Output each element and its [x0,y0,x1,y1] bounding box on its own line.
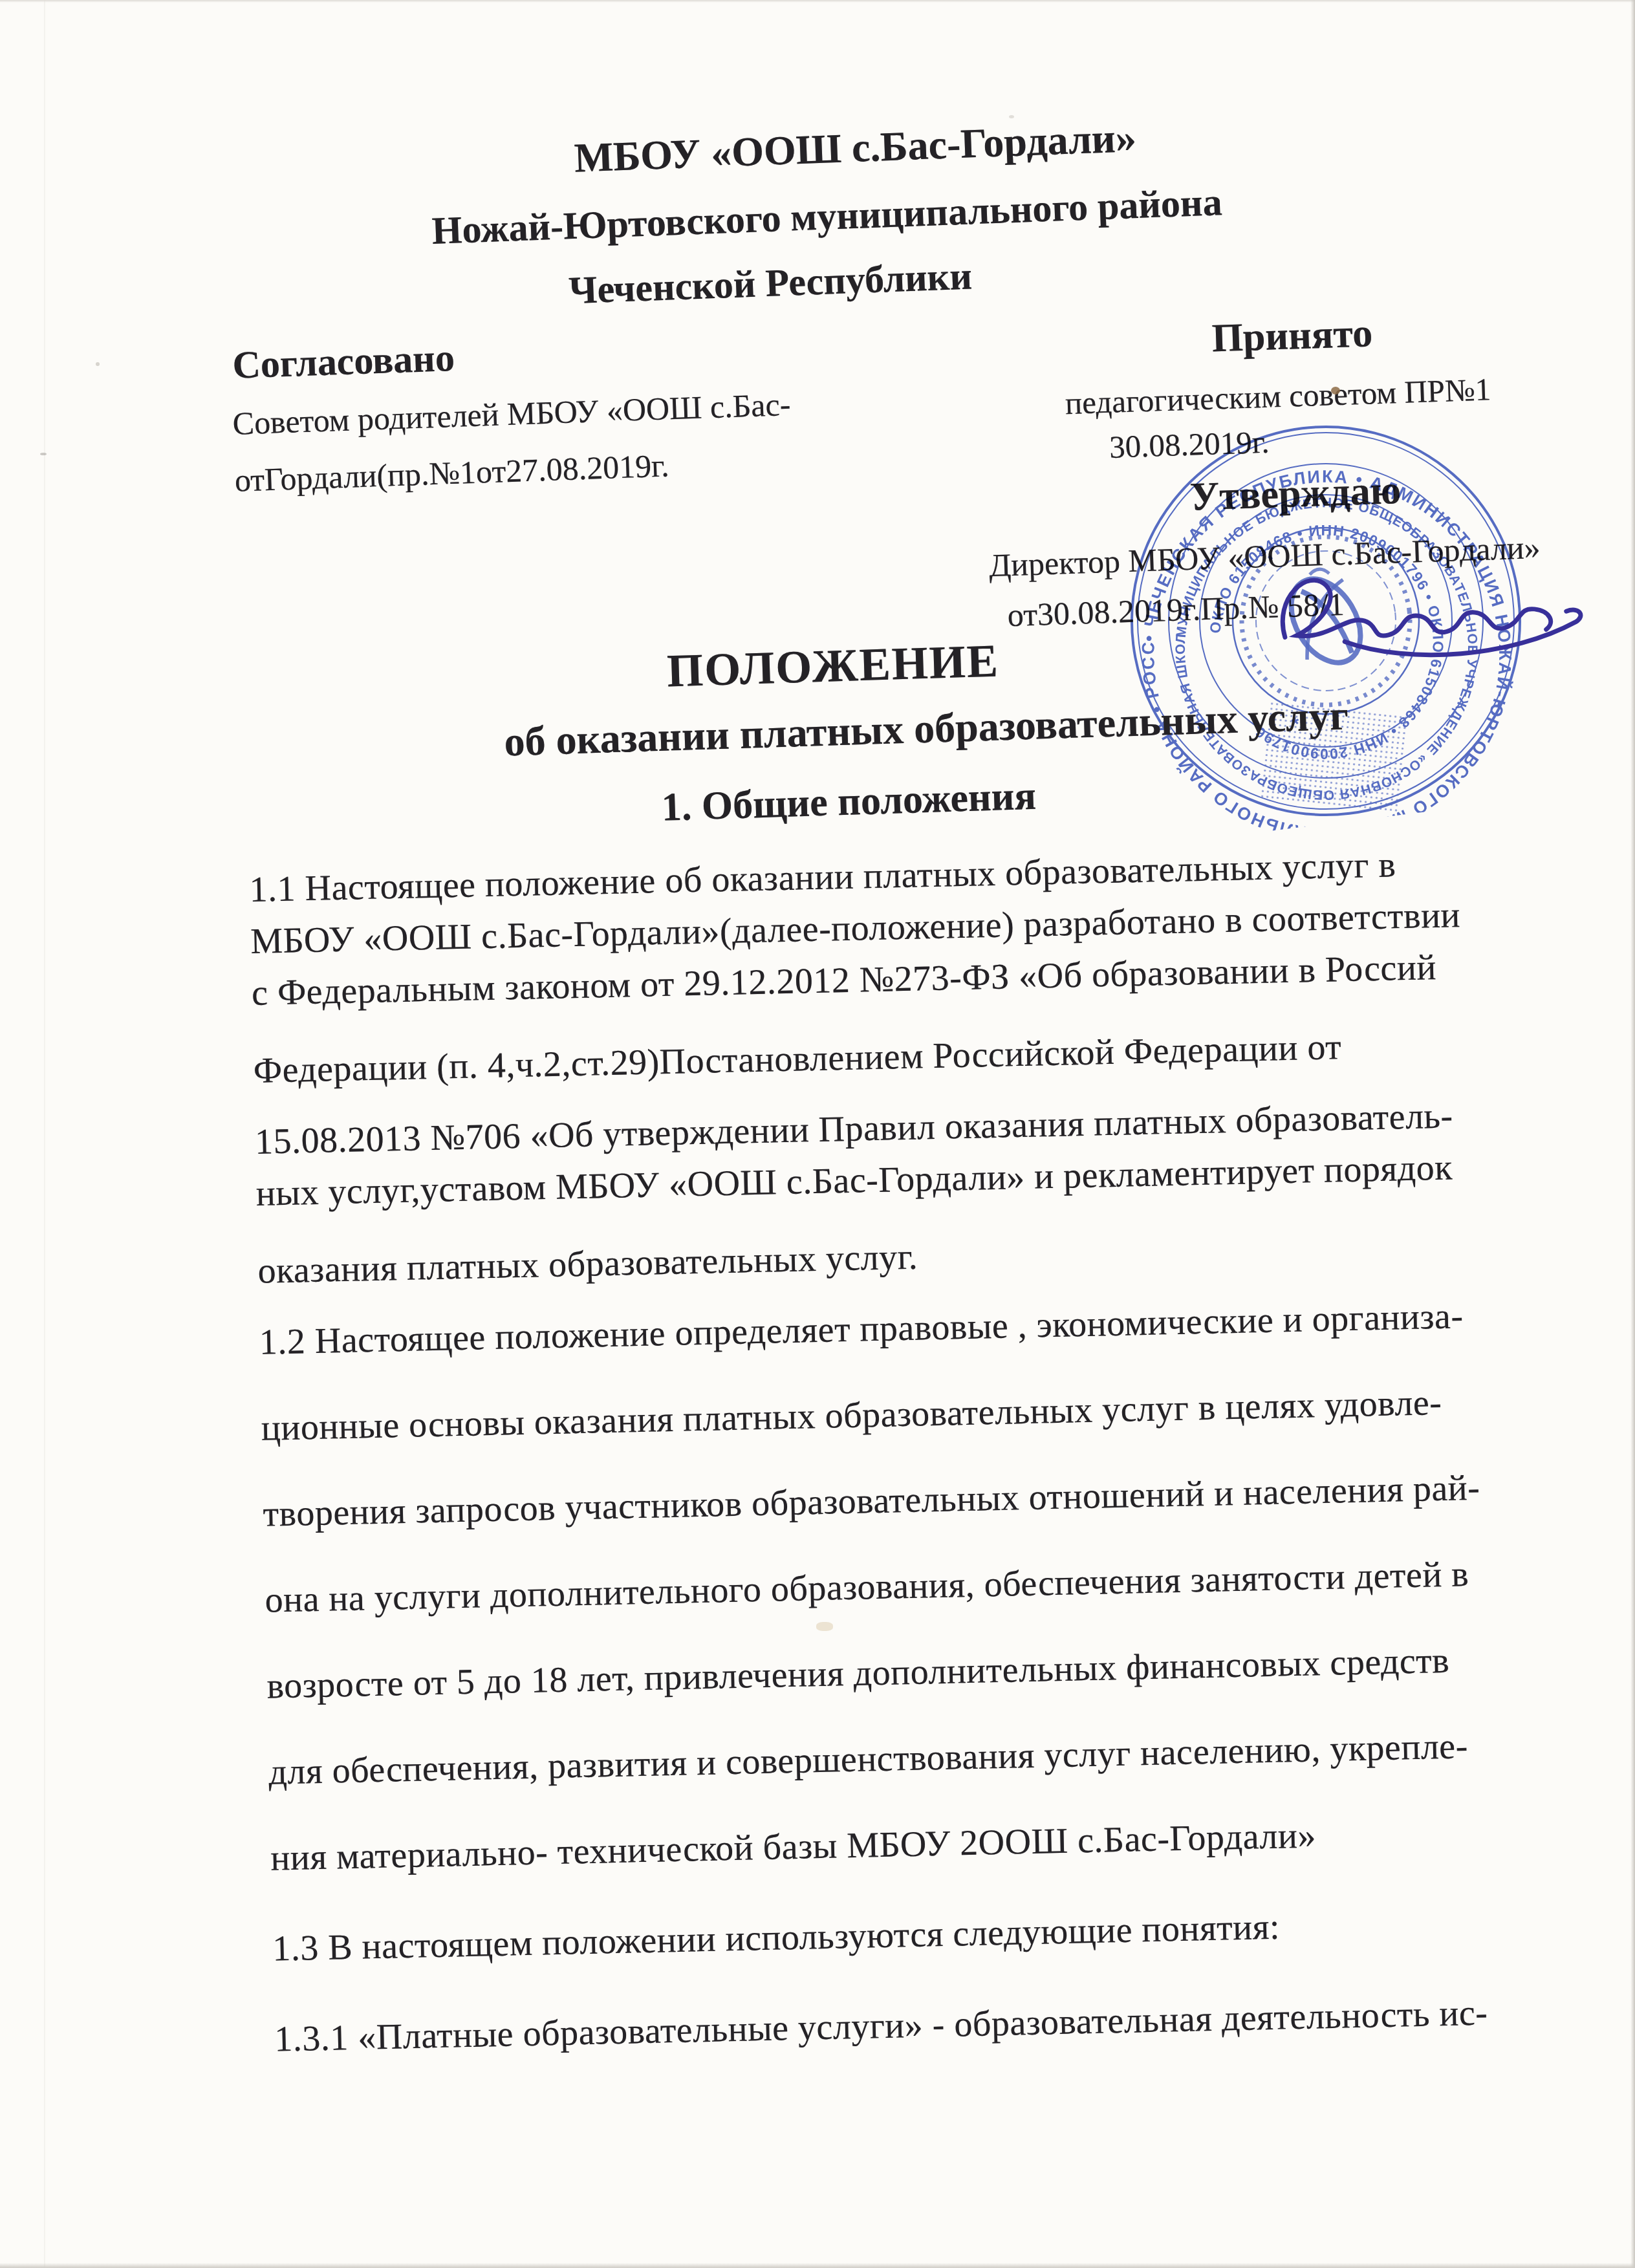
body-line: 1.3 В настоящем положении используются с… [272,1908,1281,1970]
body-line: она на услуги дополнительного образовани… [265,1555,1469,1621]
scanned-document-page: МБОУ «ООШ с.Бас-Гордали» Ножай-Юртовског… [0,0,1635,2268]
agreed-line-2: отГордали(пр.№1от27.08.2019г. [234,448,670,498]
body-line: возросте от 5 до 18 лет, привлечения доп… [266,1641,1450,1707]
body-line: для обеспечения, развития и совершенство… [268,1727,1469,1793]
body-line: ния материально- технической базы МБОУ 2… [270,1816,1317,1879]
body-line: 1.3.1 «Платные образовательные услуги» -… [274,1994,1488,2060]
section-1-heading: 1. Общие положения [661,774,1037,830]
school-name: МБОУ «ООШ с.Бас-Гордали» [574,115,1137,181]
scan-edge [1630,0,1635,2268]
republic-name: Чеченской Республики [568,254,973,312]
agreed-section: Согласовано Советом родителей МБОУ «ООШ … [230,316,818,530]
document-body: 1.1 Настоящее положение об оказании плат… [249,841,1635,2150]
body-line: ционные основы оказания платных образова… [261,1383,1442,1449]
scan-crease [44,0,45,2268]
scan-speck [40,453,47,455]
document-subtitle: об оказании платных образовательных услу… [504,693,1349,764]
document-title: ПОЛОЖЕНИЕ [666,635,1000,697]
scan-edge [0,0,1635,3]
scan-smudge [816,1622,833,1631]
scan-speck [96,362,100,366]
district-name: Ножай-Юртовского муниципального района [431,180,1223,252]
agreed-line-1: Советом родителей МБОУ «ООШ с.Бас- [232,387,791,442]
scan-edge [0,2263,1635,2268]
scan-speck [1009,115,1014,118]
agreed-title: Согласовано [232,336,455,387]
body-line: Федерации (п. 4,ч.2,ст.29)Постановлением… [253,1028,1342,1091]
body-line: оказания платных образовательных услуг. [257,1238,918,1292]
scan-speck [1331,387,1340,394]
accepted-title: Принято [1211,311,1373,360]
body-line: творения запросов участников образовател… [263,1469,1480,1535]
body-line: 1.2 Настоящее положение определяет право… [259,1297,1464,1363]
